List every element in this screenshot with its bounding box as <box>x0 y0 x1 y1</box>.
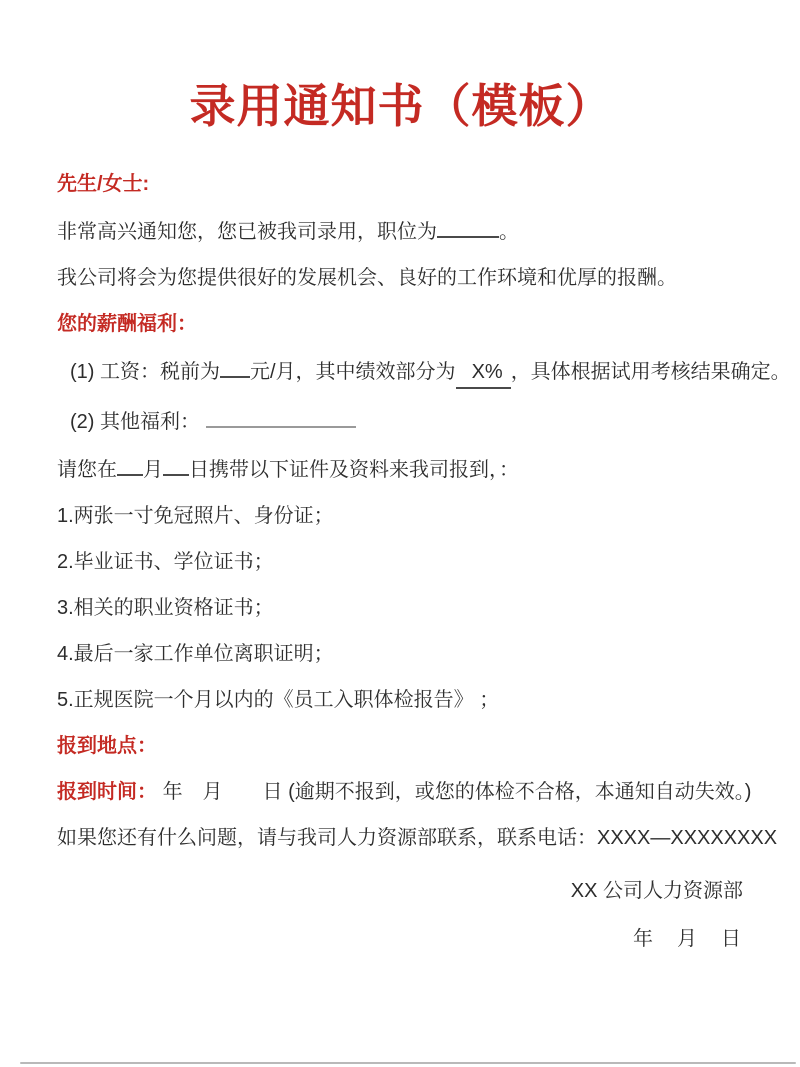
promise-paragraph: 我公司将会为您提供很好的发展机会、良好的工作环境和优厚的报酬。 <box>57 264 745 293</box>
salutation-heading: 先生/女士: <box>57 170 745 199</box>
salary-text-pre: (1) 工资：税前为 <box>70 361 220 383</box>
material-item-2: 2.毕业证书、学位证书； <box>57 548 745 577</box>
other-benefits-line: (2) 其他福利： <box>57 406 745 437</box>
material-item-4: 4.最后一家工作单位离职证明； <box>57 640 745 669</box>
signature-date: 年 月 日 <box>57 925 745 954</box>
performance-percent-underlined: X% <box>456 358 511 389</box>
contact-line: 如果您还有什么问题，请与我司人力资源部联系，联系电话：XXXX—XXXXXXXX <box>57 824 745 853</box>
report-time-line: 报到时间： 年 月 日 (逾期不报到，或您的体检不合格，本通知自动失效。) <box>57 778 745 807</box>
report-day-blank-underline <box>163 454 189 476</box>
offer-letter-page: 录用通知书（模板） 先生/女士: 非常高兴通知您，您已被我司录用，职位为。 我公… <box>0 0 800 1067</box>
report-intro-month: 月 <box>143 459 163 481</box>
intro-paragraph: 非常高兴通知您，您已被我司录用，职位为。 <box>57 216 745 247</box>
other-benefits-blank-underline <box>206 406 356 428</box>
report-location-heading: 报到地点： <box>57 732 745 761</box>
signature-department: XX 公司人力资源部 <box>57 877 745 906</box>
report-month-blank-underline <box>117 454 143 476</box>
material-item-3: 3.相关的职业资格证书； <box>57 594 745 623</box>
salary-text-mid: 元/月，其中绩效部分为 <box>250 361 456 383</box>
other-benefits-label: (2) 其他福利： <box>70 411 200 433</box>
material-item-1: 1.两张一寸免冠照片、身份证； <box>57 502 745 531</box>
intro-text-before-blank: 非常高兴通知您，您已被我司录用，职位为 <box>57 221 437 243</box>
benefits-heading: 您的薪酬福利： <box>57 310 745 339</box>
salary-line: (1) 工资：税前为元/月，其中绩效部分为X%，具体根据试用考核结果确定。 <box>57 356 745 389</box>
report-requirements-line: 请您在月日携带以下证件及资料来我司报到，： <box>57 454 745 485</box>
report-time-value: 年 月 日 (逾期不报到，或您的体检不合格，本通知自动失效。) <box>163 781 752 803</box>
report-intro-post: 日携带以下证件及资料来我司报到，： <box>189 459 519 481</box>
material-item-5: 5.正规医院一个月以内的《员工入职体检报告》 ； <box>57 686 745 715</box>
intro-text-after-blank: 。 <box>499 221 519 243</box>
salary-amount-blank-underline <box>220 356 250 378</box>
position-blank-underline <box>437 216 499 238</box>
page-bottom-shadow <box>20 1062 796 1064</box>
report-intro-pre: 请您在 <box>57 459 117 481</box>
salary-text-post: ，具体根据试用考核结果确定。 <box>511 361 791 383</box>
document-title: 录用通知书（模板） <box>57 78 745 136</box>
report-time-heading: 报到时间： <box>57 781 157 803</box>
